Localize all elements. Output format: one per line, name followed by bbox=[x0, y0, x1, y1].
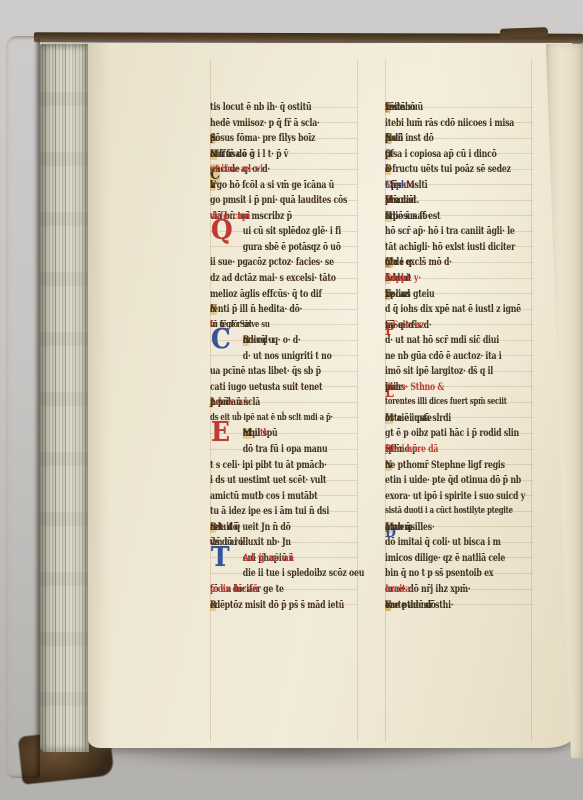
text-line: amictū mutb̄ cos i mutābt bbox=[210, 483, 357, 499]
text-line: tū fē dō Sālve su v̄ in ū gē r ux· v̄ bbox=[210, 312, 357, 328]
text-line: d q̄ iohs dix xpē nat ē iustl z ignē bbox=[385, 296, 533, 312]
text-line: Et tui spū capitl· Mirbil bbox=[210, 420, 357, 436]
text-line: tō an lucifer ge te p̄ dix dō· añ bbox=[210, 576, 357, 592]
text-line: imicos dilige· qz ē natliā cele bbox=[385, 545, 533, 561]
text-line: Ipm̄ y· Sthno p̄ v̄ Gla i hōre dā bbox=[385, 436, 533, 452]
text-line: nō eit fis d· p̄ Ssue oz Ptā· q· o· bbox=[385, 312, 533, 328]
text-line: v̄ Diffusa ē ḡ i l t· p̄ v̄ Notū fē dō ō bbox=[210, 141, 357, 157]
text-line: tis locut ē nb̄ ih̄· q̄ ostitū bbox=[210, 94, 357, 110]
text-line: msa i copiosa ap̄ cū i dincō p̄ Opf bbox=[385, 141, 533, 157]
text-line: pplius gteiu v̄ Vm̄ cad ā Exe bbox=[385, 281, 533, 297]
text-line: exora· ut ipō i spirite i suo suicd̄ y bbox=[385, 483, 533, 499]
manuscript-photograph: tis locut ē nb̄ ih̄· q̄ ostitūhedē vmiis… bbox=[0, 0, 583, 800]
text-line: Concede q· o· d· ut ifra· ad· vi bbox=[210, 156, 357, 172]
text-line: fenti p̄ ill n̄ hedita· dō· & No bbox=[210, 296, 357, 312]
page-fore-edges bbox=[40, 44, 89, 752]
text-line: ne nb̄ gūa cdō ē auctoz· ita i bbox=[385, 343, 533, 359]
text-line: go pmsit i p̄ pni· quā laudites cōs bbox=[210, 187, 357, 203]
text-line: o· d· Ad· pl̄· y· Lōd nat Capk bbox=[385, 265, 533, 281]
text-line: t p̄ Memto Capk· fr̄s· Msltī bbox=[385, 172, 533, 188]
text-line: tāt achīgli· hō exl̄st iusti diciter bbox=[385, 234, 533, 250]
text-column-right: testā suū p̄· Lōsitebō ā· Exōdeitebi lum… bbox=[385, 94, 533, 607]
text-line: dō tra fū i opa manu bbox=[210, 436, 357, 452]
text-line: torentes illi dices fuert spm̄ seciit bbox=[385, 389, 533, 405]
text-line: Reae pthomr̄ sthi· Vemte adc̄ dō bbox=[385, 592, 533, 608]
text-line: imō sit ipē largitoz· ds̄ q il bbox=[385, 358, 533, 374]
text-line: luias· De· s· Sthno & Lpidr bbox=[385, 374, 533, 390]
text-line: dō imitai q̄ coli· ut bisca i m bbox=[385, 529, 533, 545]
text-line: i ds ut uestimt uet scēt· vult bbox=[210, 467, 357, 483]
text-line: gla i excls̄ mō d· p̄ Moi· Corde q bbox=[385, 249, 533, 265]
text-line: cet· dō· & Bnduit q̄ ueit Jn n̄ dō bbox=[210, 514, 357, 530]
text-line: bin q̄ no t̄ p ss̄ psentoib̄ ex bbox=[385, 560, 533, 576]
text-line: osuem illes· p̄ Moz Da nb̄ q̄s bbox=[385, 514, 533, 530]
text-line: itebi lum̄ rās cdō niicoes i misa bbox=[385, 110, 533, 126]
book-cover-left-board bbox=[6, 36, 40, 778]
text-line: testā suū p̄· Lōsitebō ā· Exōde bbox=[385, 94, 533, 110]
text-line: gura sbē ē potāsqz ō uō bbox=[210, 234, 357, 250]
text-line: sistā duoti i a cūct hostilyte ptegite bbox=[385, 498, 533, 514]
text-line: dō & Spōsus fōma· pre filys boīz bbox=[210, 125, 357, 141]
text-line: dz ad dctāz mai· s excelsi· tāto bbox=[210, 265, 357, 281]
text-line: ii sue· pgacōz pctoz· facies· se bbox=[210, 249, 357, 265]
text-line: ds eit ub̄ ipē nat ē nb̄ sclt mdi a p̄· bbox=[210, 405, 357, 421]
text-line: Nue pthomr̄ Stephne ligf regis bbox=[385, 452, 533, 468]
text-line: Qui cū sit splēdoz glē· i fi bbox=[210, 218, 357, 234]
text-line: toz i inst dō p̄· Ben ii ā· Np̄ dō bbox=[385, 125, 533, 141]
column-ruling-line bbox=[357, 60, 358, 742]
text-line: d· ut nat hō scr̄ mdi sic̄ diui bbox=[385, 327, 533, 343]
text-column-left: tis locut ē nb̄ ih̄· q̄ ostitūhedē vmiis… bbox=[210, 94, 357, 607]
text-line: hedē vmiisoz· p q̄ fr̄ ā scla· bbox=[210, 110, 357, 126]
text-line: die ii tue i spledoibz scōz oeu bbox=[210, 560, 357, 576]
text-line: hō scr̄ ap̄· hō i tra caniit āgli· le bbox=[385, 218, 533, 234]
book-cover-top-right-corner bbox=[500, 27, 548, 38]
text-line: melioz āglis effcūs· q̄ to dif bbox=[210, 281, 357, 297]
text-line: os aiē iuste v̄ Morte ei quā slrdi bbox=[385, 405, 533, 421]
text-line: Teni phapiū ī Ad· ij· us̄· añ bbox=[210, 545, 357, 561]
text-line: cati iugo uetusta suit tenet bbox=[210, 374, 357, 390]
text-line: ā Virgo hō fcōl a si vm̄ ge īcāna ū bbox=[210, 172, 357, 188]
text-line: v̄ S pōsus fō· ā· Hodie x̄ nat est bbox=[385, 203, 533, 219]
text-line: t̄ s celi· ipi pibt tu āt pmācb· bbox=[210, 452, 357, 468]
text-line: ua pcīnē ntas libet· q̄s sb̄ p̄ bbox=[210, 358, 357, 374]
text-line: Redēptōz misit dō p̄ ps̄ s̄ mād ietū bbox=[210, 592, 357, 608]
text-line: phanie & Vm̄ cad v̄· D sol ōt. bbox=[385, 187, 533, 203]
text-line: orae· dō nr̄j ih̄z xpm̄· Inuita bbox=[385, 576, 533, 592]
text-line: peud· Ad· ix· añ· Jn pn̄ añ sclā bbox=[210, 389, 357, 405]
text-line: etin i uide· pte q̄d otinua dō p̄ nb̄ bbox=[385, 467, 533, 483]
text-line: v̄ ds dō i illuxit nb̄· Jn v̄ vm̄ caro· bbox=[210, 529, 357, 545]
text-line: d· ut nos unigriti t̄ no bbox=[210, 343, 357, 359]
text-line: Conced· q· o· d̄· Bndicq̄ u bbox=[210, 327, 357, 343]
text-line: ā· De fructu uēts tui poāz sē sedez bbox=[385, 156, 533, 172]
text-line: tu ā idez ipe es i ām tui n̄ dsi bbox=[210, 498, 357, 514]
text-line: gt ē p oibz pati hāc i p̄ rodid slin bbox=[385, 420, 533, 436]
